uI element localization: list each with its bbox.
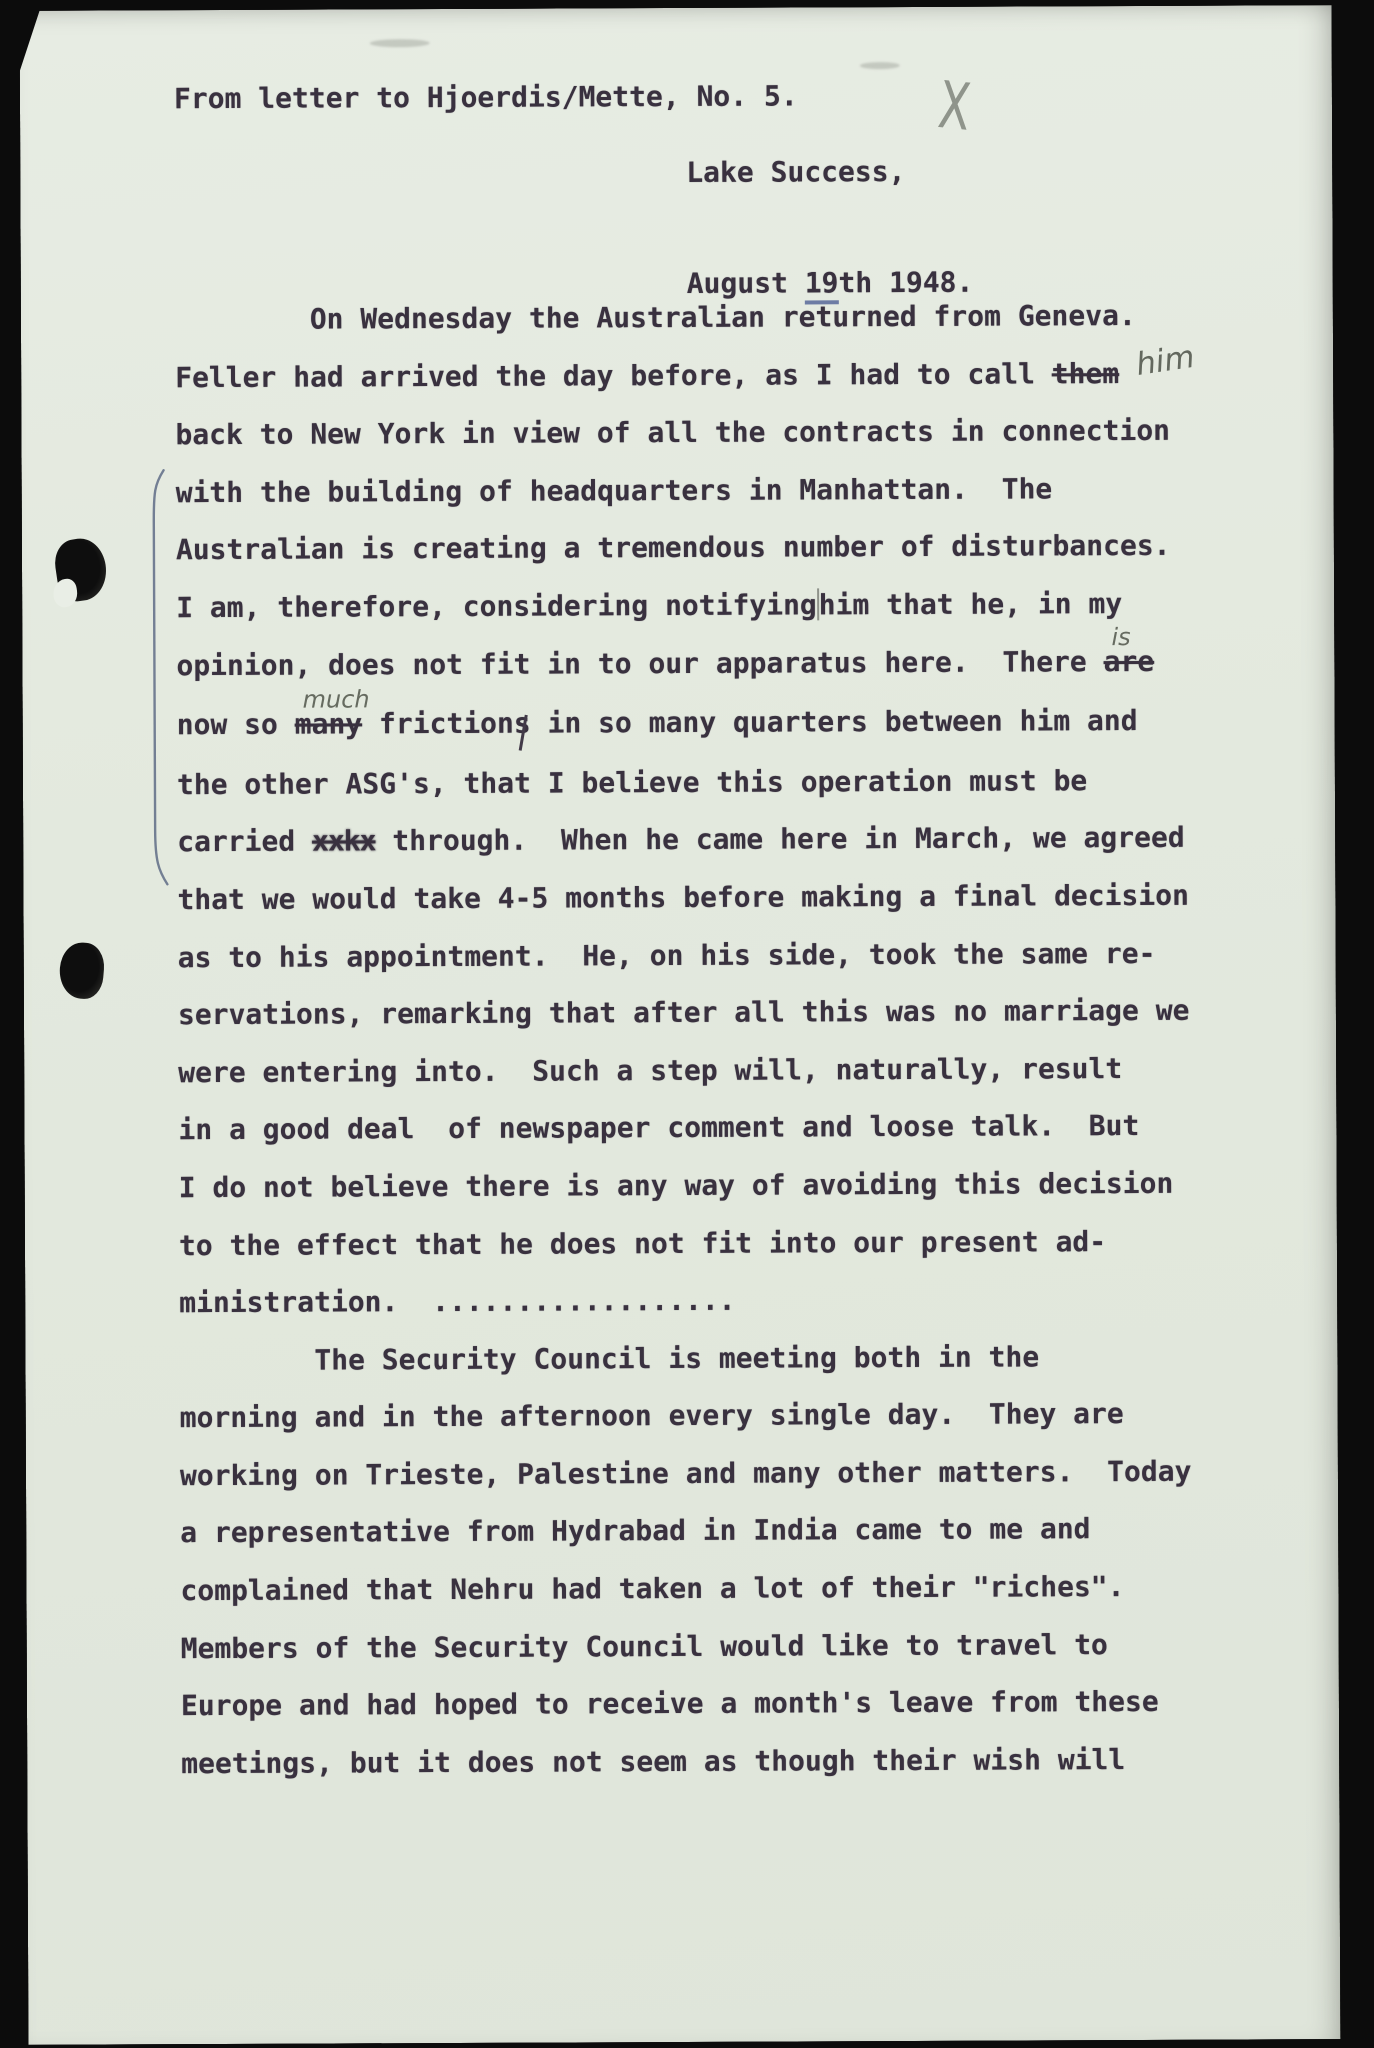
typed-text: meetings, but it does not seem as though… [181, 1743, 1125, 1780]
text-line: to the effect that he does not fit into … [179, 1212, 1259, 1274]
typed-text: in a good deal of newspaper comment and … [178, 1109, 1139, 1146]
margin-bracket-mark [150, 468, 176, 888]
typed-text: xxkx [312, 825, 376, 858]
text-line: complained that Nehru had taken a lot of… [180, 1558, 1260, 1620]
paper-tear-notch [51, 578, 79, 609]
text-line: On Wednesday the Australian returned fro… [175, 286, 1255, 348]
text-line: Feller had arrived the day before, as I … [175, 344, 1255, 406]
scanned-letter-page: { "header": { "title": "From letter to H… [0, 0, 1374, 2048]
typed-text: servations, remarking that after all thi… [178, 994, 1190, 1031]
typed-text: opinion, does not fit in to our apparatu… [176, 645, 1103, 682]
text-line: in a good deal of newspaper comment and … [178, 1097, 1258, 1159]
typed-text: Australian is creating a tremendous numb… [176, 529, 1171, 566]
typed-text: I do not believe there is any way of avo… [179, 1167, 1174, 1204]
text-line: meetings, but it does not seem as though… [181, 1730, 1261, 1792]
text-line: Australian is creating a tremendous numb… [176, 517, 1256, 579]
punch-hole-top [52, 535, 110, 604]
typed-text: in so many quarters between him and [531, 704, 1138, 740]
punch-hole-bottom [58, 941, 106, 1000]
typed-text: with the building of headquarters in Man… [176, 472, 1053, 509]
text-line: were entering into. Such a step will, na… [178, 1039, 1258, 1101]
typed-text: the other ASG's, that I believe this ope… [177, 764, 1087, 801]
typed-text: s [514, 707, 531, 740]
typed-text: them [1052, 357, 1120, 390]
typed-text: now so [177, 708, 295, 742]
text-line: morning and in the afternoon every singl… [180, 1385, 1260, 1447]
text-line: Europe and had hoped to receive a month'… [181, 1673, 1261, 1735]
text-line: now so muchmany frictions in so many qua… [177, 692, 1257, 756]
typed-text: carried [177, 825, 312, 859]
text-line: The Security Council is meeting both in … [179, 1327, 1259, 1389]
text-line: back to New York in view of all the cont… [175, 402, 1255, 464]
text-line: I do not believe there is any way of avo… [179, 1154, 1259, 1216]
handwritten-annotation: him [1132, 329, 1198, 394]
typed-text: to the effect that he does not fit into … [179, 1225, 1106, 1262]
text-line: Members of the Security Council would li… [181, 1615, 1261, 1677]
letter-body: On Wednesday the Australian returned fro… [175, 286, 1262, 1792]
typed-text: a representative from Hydrabad in India … [180, 1513, 1090, 1550]
typed-text: On Wednesday the Australian returned fro… [175, 299, 1136, 336]
letter-paper: From letter to Hjoerdis/Mette, No. 5. La… [20, 5, 1341, 2045]
typed-text: that we would take 4-5 months before mak… [177, 879, 1189, 916]
scan-smudge [370, 39, 430, 47]
text-line: a representative from Hydrabad in India … [180, 1500, 1260, 1562]
typed-text: him that he, in my [819, 587, 1123, 621]
typed-text: friction [362, 707, 514, 741]
typed-text: I am, therefore, considering notifying [176, 588, 817, 624]
typed-text: Members of the Security Council would li… [181, 1628, 1108, 1665]
typed-text: through. When he came here in March, we … [375, 821, 1184, 858]
text-line: carried xxkx through. When he came here … [177, 809, 1257, 871]
dateline-place: Lake Success, [686, 153, 973, 191]
typed-text: ministration. .................. [179, 1284, 735, 1319]
text-line: with the building of headquarters in Man… [176, 459, 1256, 521]
text-line: that we would take 4-5 months before mak… [177, 866, 1257, 928]
scan-smudge [860, 62, 900, 69]
typed-text: complained that Nehru had taken a lot of… [180, 1570, 1124, 1607]
typed-text [1119, 357, 1136, 390]
typed-text: The Security Council is meeting both in … [179, 1340, 1039, 1377]
typed-text: as to his appointment. He, on his side, … [178, 936, 1156, 973]
text-line: servations, remarking that after all thi… [178, 982, 1258, 1044]
typed-text: back to New York in view of all the cont… [175, 414, 1170, 451]
text-line: I am, therefore, considering notifyinghi… [176, 574, 1256, 636]
text-line: the other ASG's, that I believe this ope… [177, 751, 1257, 813]
typed-text: Feller had arrived the day before, as I … [175, 357, 1052, 394]
typed-text: morning and in the afternoon every singl… [180, 1397, 1124, 1434]
text-line: as to his appointment. He, on his side, … [178, 924, 1258, 986]
text-line: ministration. .................. [179, 1270, 1259, 1332]
text-line: working on Trieste, Palestine and many o… [180, 1442, 1260, 1504]
typed-text: were entering into. Such a step will, na… [178, 1052, 1122, 1089]
typed-text: working on Trieste, Palestine and many o… [180, 1455, 1192, 1492]
typed-text: Europe and had hoped to receive a month'… [181, 1685, 1159, 1722]
